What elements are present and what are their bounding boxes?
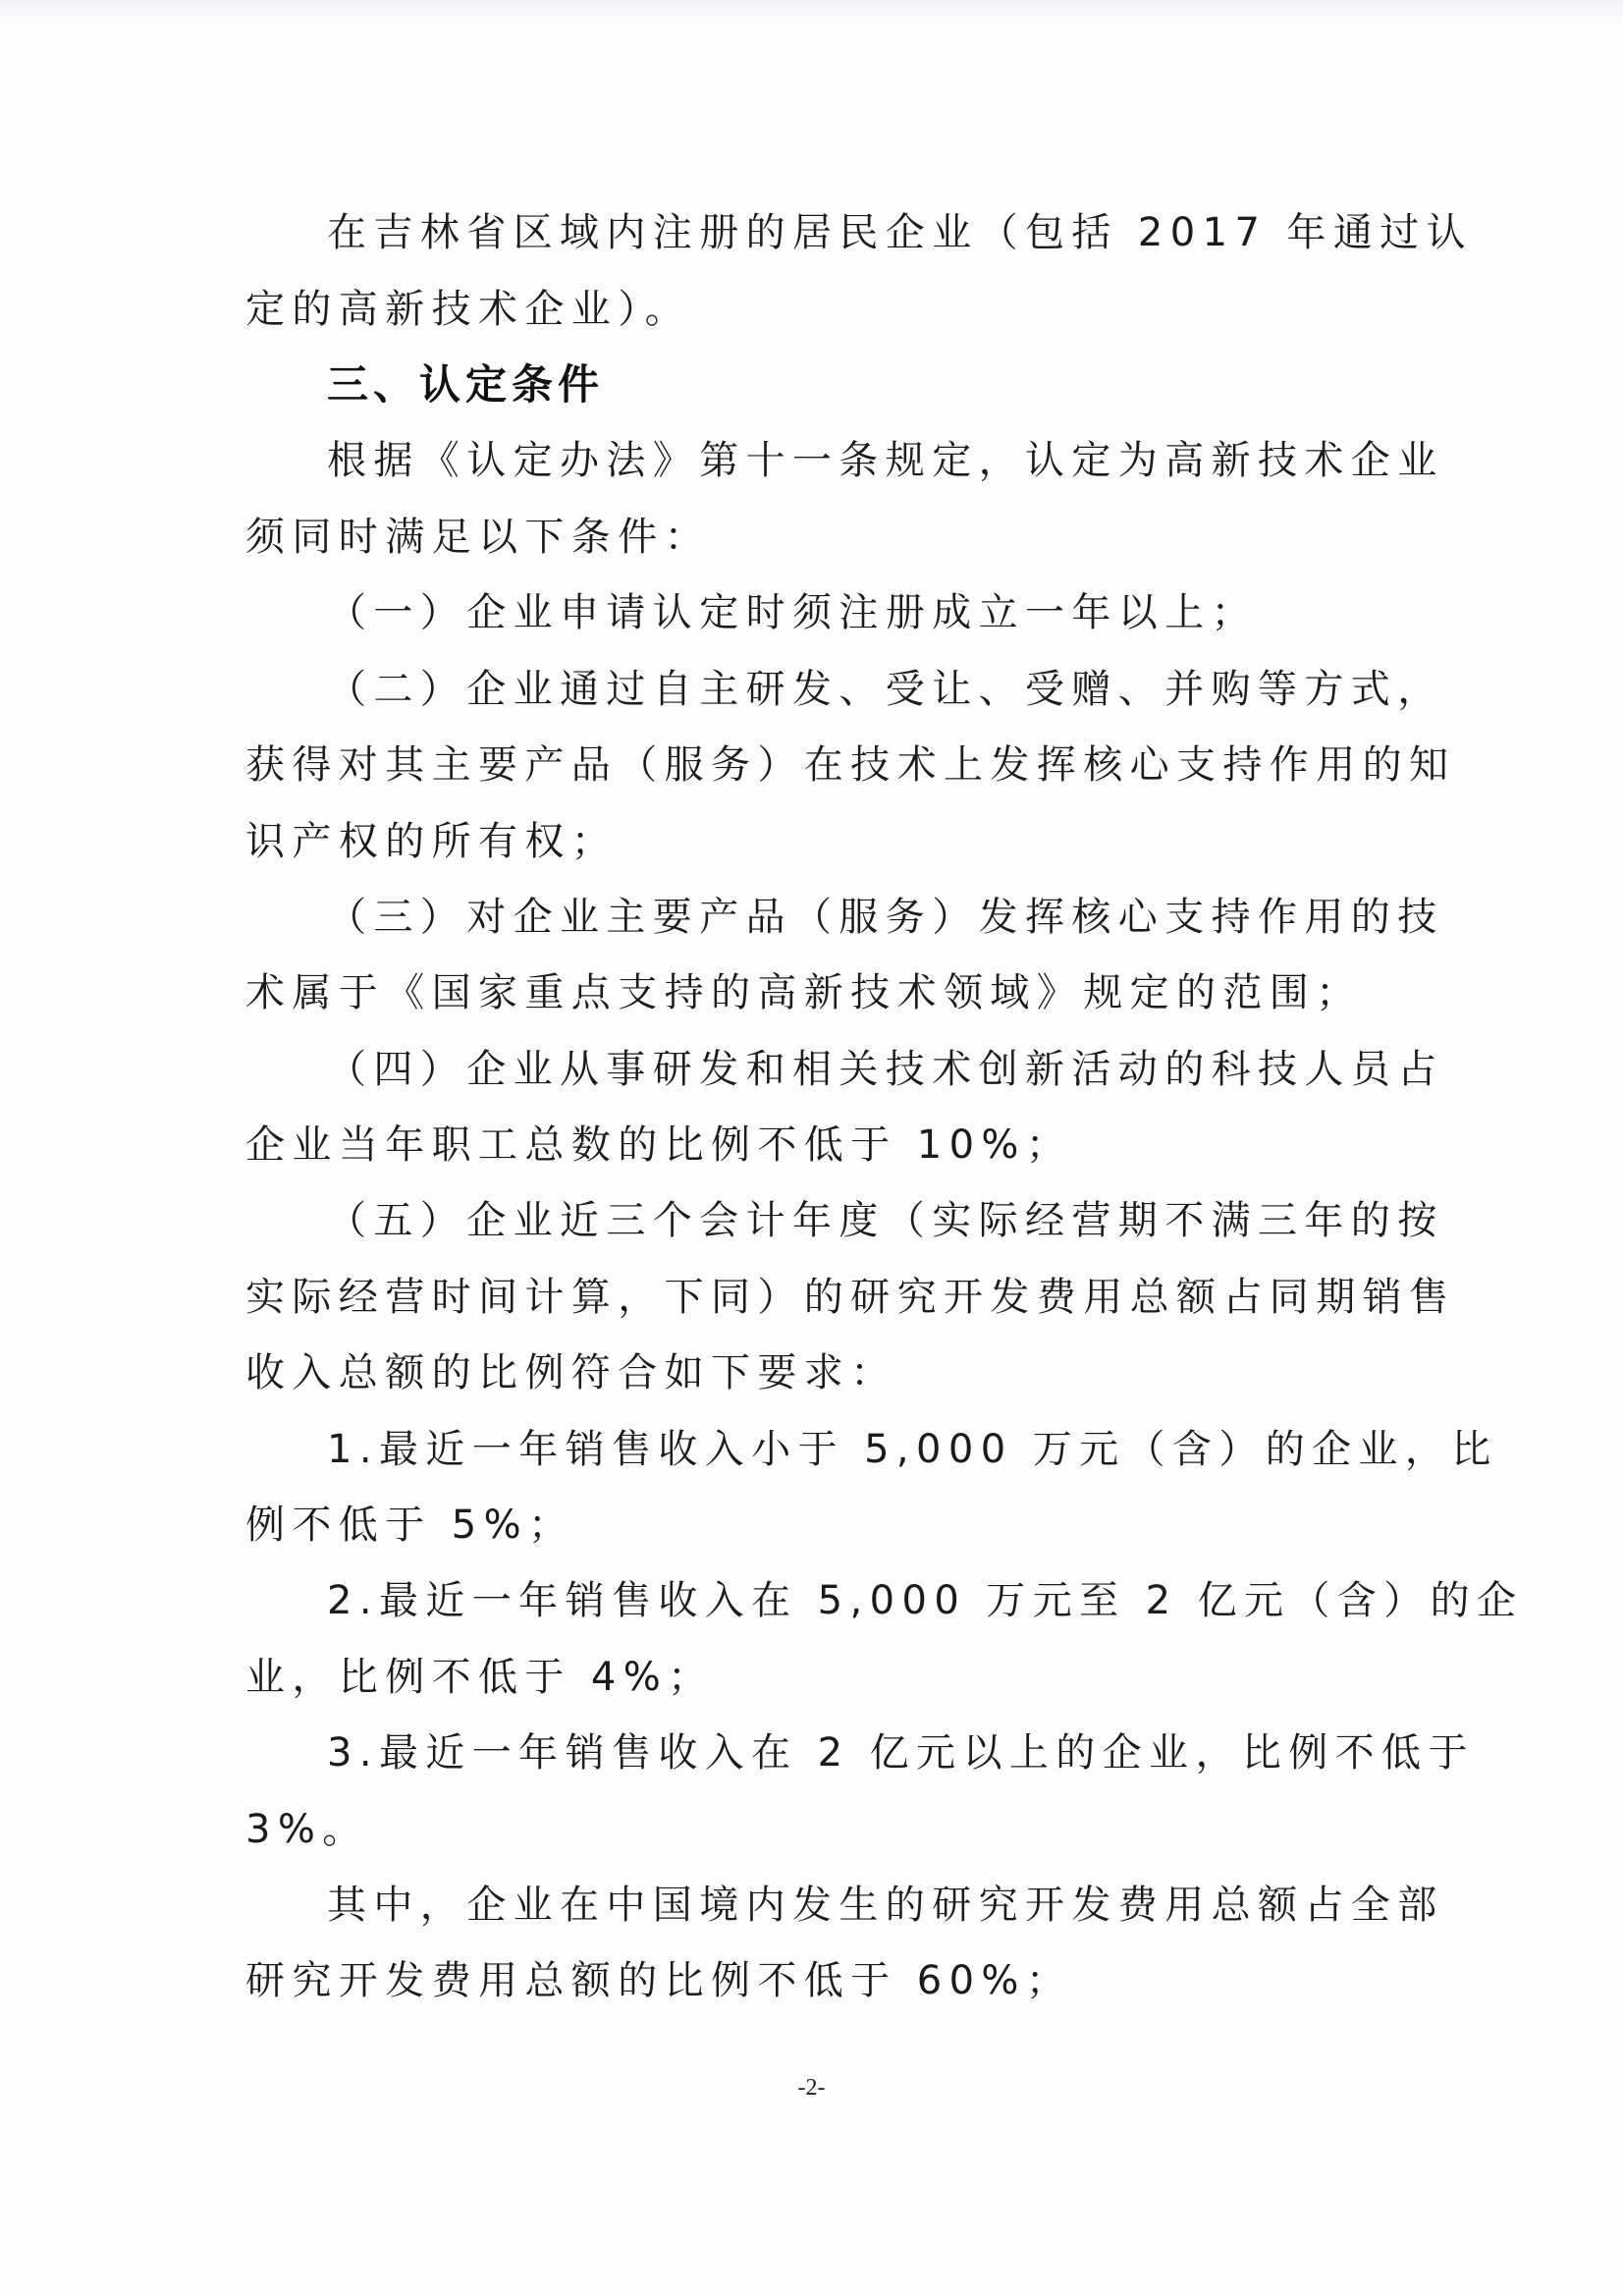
paragraph-line: 企业当年职工总数的比例不低于 10%； bbox=[245, 1116, 1384, 1175]
paragraph-line: 根据《认定办法》第十一条规定，认定为高新技术企业 bbox=[327, 431, 1387, 490]
paragraph-line: 定的高新技术企业）。 bbox=[245, 280, 1384, 339]
paragraph-line: 在吉林省区域内注册的居民企业（包括 2017 年通过认 bbox=[327, 203, 1387, 262]
paragraph-line: 识产权的所有权； bbox=[245, 812, 1384, 871]
condition-item-1: （一）企业申请认定时须注册成立一年以上； bbox=[327, 583, 1387, 642]
paragraph-line: 3%。 bbox=[245, 1800, 1384, 1859]
paragraph-line: 术属于《国家重点支持的高新技术领域》规定的范围； bbox=[245, 963, 1384, 1022]
condition-item-4: （四）企业从事研发和相关技术创新活动的科技人员占 bbox=[327, 1040, 1387, 1099]
sub-item-3: 3.最近一年销售收入在 2 亿元以上的企业，比例不低于 bbox=[327, 1723, 1387, 1782]
paragraph-line: 业，比例不低于 4%； bbox=[245, 1648, 1384, 1707]
condition-item-3: （三）对企业主要产品（服务）发挥核心支持作用的技 bbox=[327, 888, 1387, 947]
condition-item-5: （五）企业近三个会计年度（实际经营期不满三年的按 bbox=[327, 1191, 1387, 1250]
condition-item-2: （二）企业通过自主研发、受让、受赠、并购等方式， bbox=[327, 660, 1387, 719]
paragraph-line: 其中，企业在中国境内发生的研究开发费用总额占全部 bbox=[327, 1876, 1387, 1935]
sub-item-2: 2.最近一年销售收入在 5,000 万元至 2 亿元（含）的企 bbox=[327, 1571, 1387, 1630]
section-heading: 三、认定条件 bbox=[327, 355, 1387, 414]
paragraph-line: 研究开发费用总额的比例不低于 60%； bbox=[245, 1951, 1384, 2010]
page-number: -2- bbox=[0, 2075, 1623, 2102]
paragraph-line: 实际经营时间计算，下同）的研究开发费用总额占同期销售 bbox=[245, 1268, 1384, 1327]
paragraph-line: 收入总额的比例符合如下要求： bbox=[245, 1343, 1384, 1402]
document-page: 在吉林省区域内注册的居民企业（包括 2017 年通过认 定的高新技术企业）。 三… bbox=[0, 0, 1623, 2296]
sub-item-1: 1.最近一年销售收入小于 5,000 万元（含）的企业，比 bbox=[327, 1420, 1387, 1479]
paragraph-line: 获得对其主要产品（服务）在技术上发挥核心支持作用的知 bbox=[245, 736, 1384, 794]
paragraph-line: 须同时满足以下条件： bbox=[245, 508, 1384, 567]
paragraph-line: 例不低于 5%； bbox=[245, 1496, 1384, 1555]
